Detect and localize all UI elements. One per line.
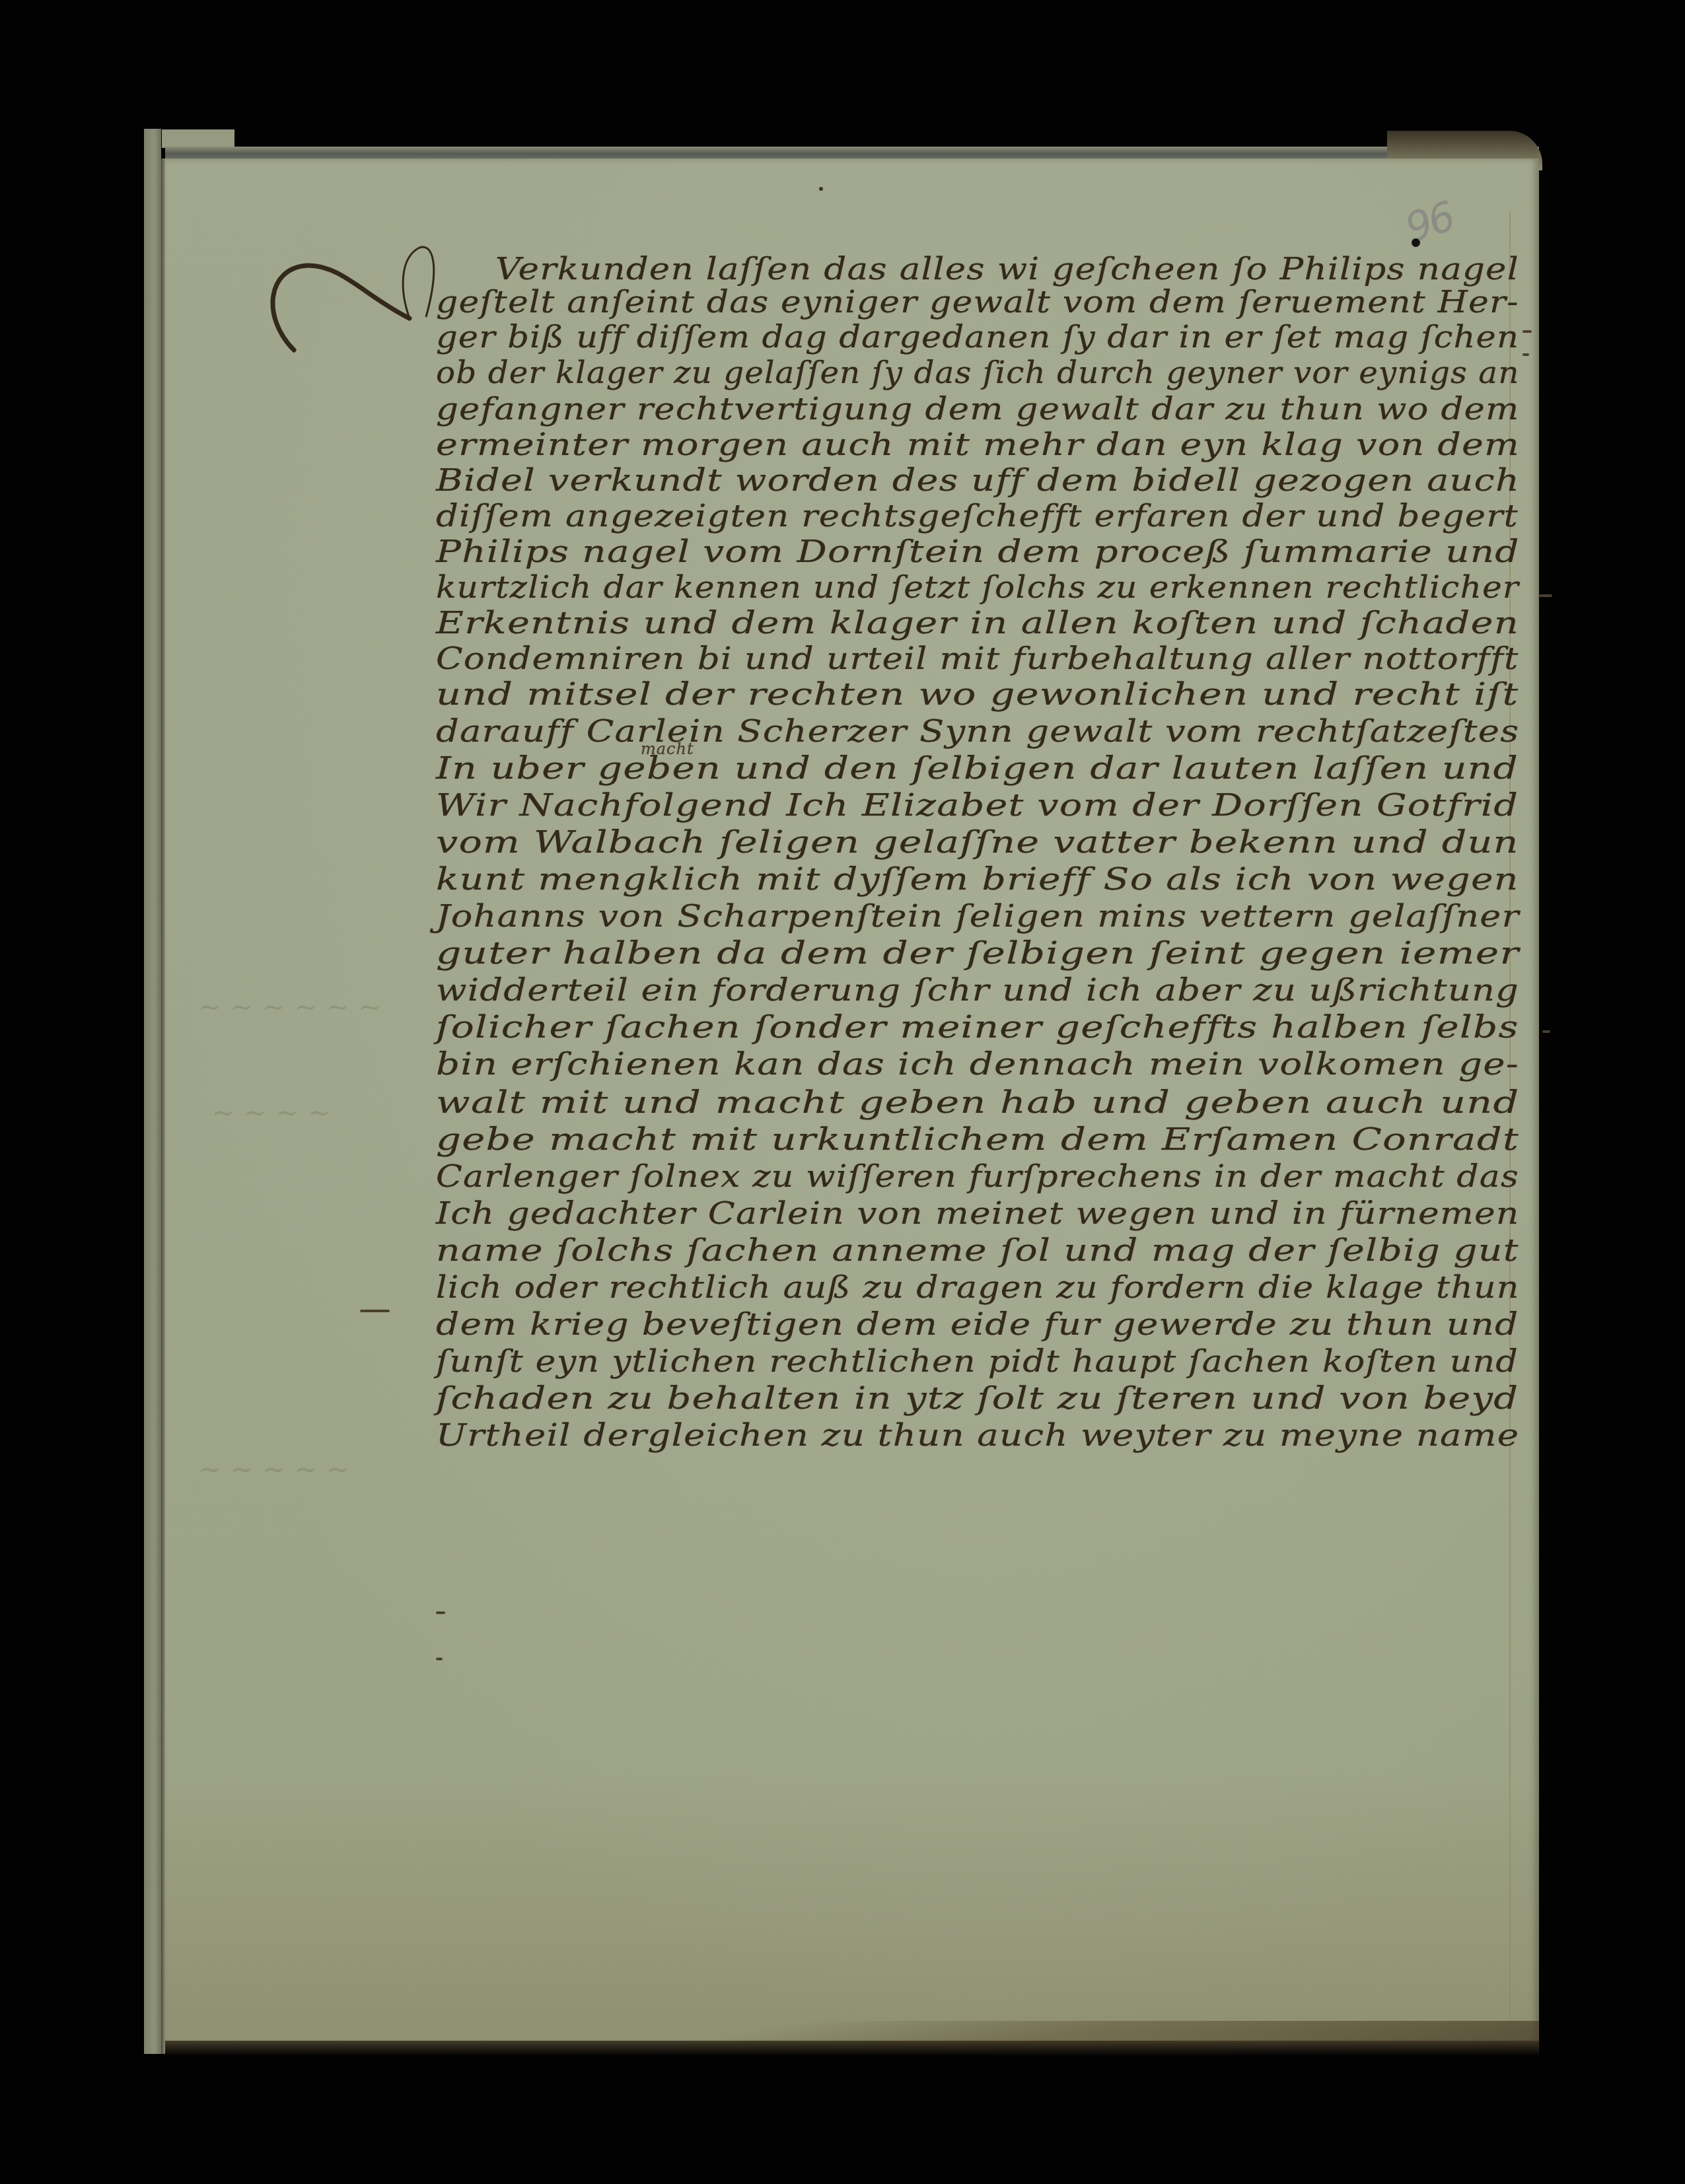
torn-bottom-edge [165, 2041, 1539, 2055]
text-line: vom Walbach ſeligen gelaſſne vatter beke… [436, 824, 1519, 860]
page-top-edge [165, 147, 1539, 160]
text-line: geſtelt anſeint das eyniger gewalt vom d… [436, 284, 1519, 320]
text-line: ſunſt eyn ytlichen rechtlichen pidt haup… [436, 1343, 1519, 1379]
text-line: Wir Nachfolgend Ich Elizabet vom der Dor… [436, 787, 1519, 823]
ink-dot [819, 187, 823, 191]
text-line: gefangner rechtvertigung dem gewalt dar … [436, 391, 1519, 427]
text-line: bin erſchienen kan das ich dennach mein … [436, 1046, 1519, 1082]
text-line: Condemniren bi und urteil mit furbehaltu… [436, 641, 1519, 676]
text-line: ob der klager zu gelaſſen ſy das ſich du… [436, 355, 1519, 390]
text-line: Verkunden laſſen das alles wi geſcheen ſ… [495, 251, 1519, 287]
margin-mark [1523, 353, 1529, 356]
text-line: Urtheil dergleichen zu thun auch weyter … [436, 1417, 1519, 1453]
margin-dash [436, 1658, 443, 1660]
margin-dash [436, 1611, 445, 1614]
text-line: walt mit und macht geben hab und geben a… [436, 1084, 1519, 1120]
text-line: name ſolchs ſachen anneme ſol und mag de… [436, 1232, 1519, 1268]
page-tab [162, 129, 234, 148]
folio-dot [1412, 238, 1420, 247]
text-line: Carlenger ſolnex zu wiſſeren furſprechen… [436, 1158, 1519, 1194]
text-line: ermeinter morgen auch mit mehr dan eyn k… [436, 427, 1520, 462]
show-through-text: ~ ~ ~ ~ ~ ~ [198, 991, 382, 1023]
text-line: widderteil ein forderung ſchr und ich ab… [436, 972, 1519, 1008]
text-line: und mitsel der rechten wo gewonlichen un… [436, 676, 1519, 712]
text-line: Erkentnis und dem klager in allen koſten… [436, 605, 1519, 641]
text-line: Johanns von Scharpenſtein ſeligen mins v… [436, 898, 1520, 934]
text-line: ſolicher ſachen ſonder meiner geſcheffts… [436, 1009, 1519, 1045]
adjacent-page-strip [144, 129, 161, 2054]
text-line: Philips nagel vom Dornſtein dem proceß ſ… [436, 534, 1520, 569]
text-line: Ich gedachter Carlein von meinet wegen u… [436, 1195, 1519, 1231]
text-line: In uber geben und den ſelbigen dar laute… [436, 750, 1519, 786]
text-line: kunt mengklich mit dyſſem brieff So als … [436, 861, 1519, 897]
text-line: diſſem angezeigten rechtsgeſchefft erfar… [436, 498, 1519, 534]
text-line: ſchaden zu behalten in ytz ſolt zu ſtere… [436, 1380, 1519, 1416]
margin-mark [1539, 594, 1552, 597]
margin-mark [1523, 330, 1532, 333]
text-line: dem krieg beveſtigen dem eide fur gewerd… [436, 1306, 1519, 1342]
text-line: gebe macht mit urkuntlichem dem Erſamen … [436, 1121, 1519, 1157]
show-through-text: ~ ~ ~ ~ ~ [198, 1453, 349, 1485]
margin-dash [360, 1310, 390, 1312]
text-line: Bidel verkundt worden des uff dem bidell… [436, 462, 1520, 498]
show-through-text: ~ ~ ~ ~ [211, 1096, 331, 1129]
text-line: kurtzlich dar kennen und ſetzt ſolchs zu… [436, 569, 1519, 605]
text-line: darauff Carlein Scherzer Synn gewalt vom… [436, 713, 1519, 749]
margin-mark [1542, 1030, 1550, 1033]
text-line: ger biß uff diſſem dag dargedanen ſy dar… [436, 319, 1519, 355]
text-line: lich oder rechtlich auß zu dragen zu for… [436, 1269, 1519, 1305]
text-line: guter halben da dem der ſelbigen ſeint g… [436, 935, 1519, 971]
